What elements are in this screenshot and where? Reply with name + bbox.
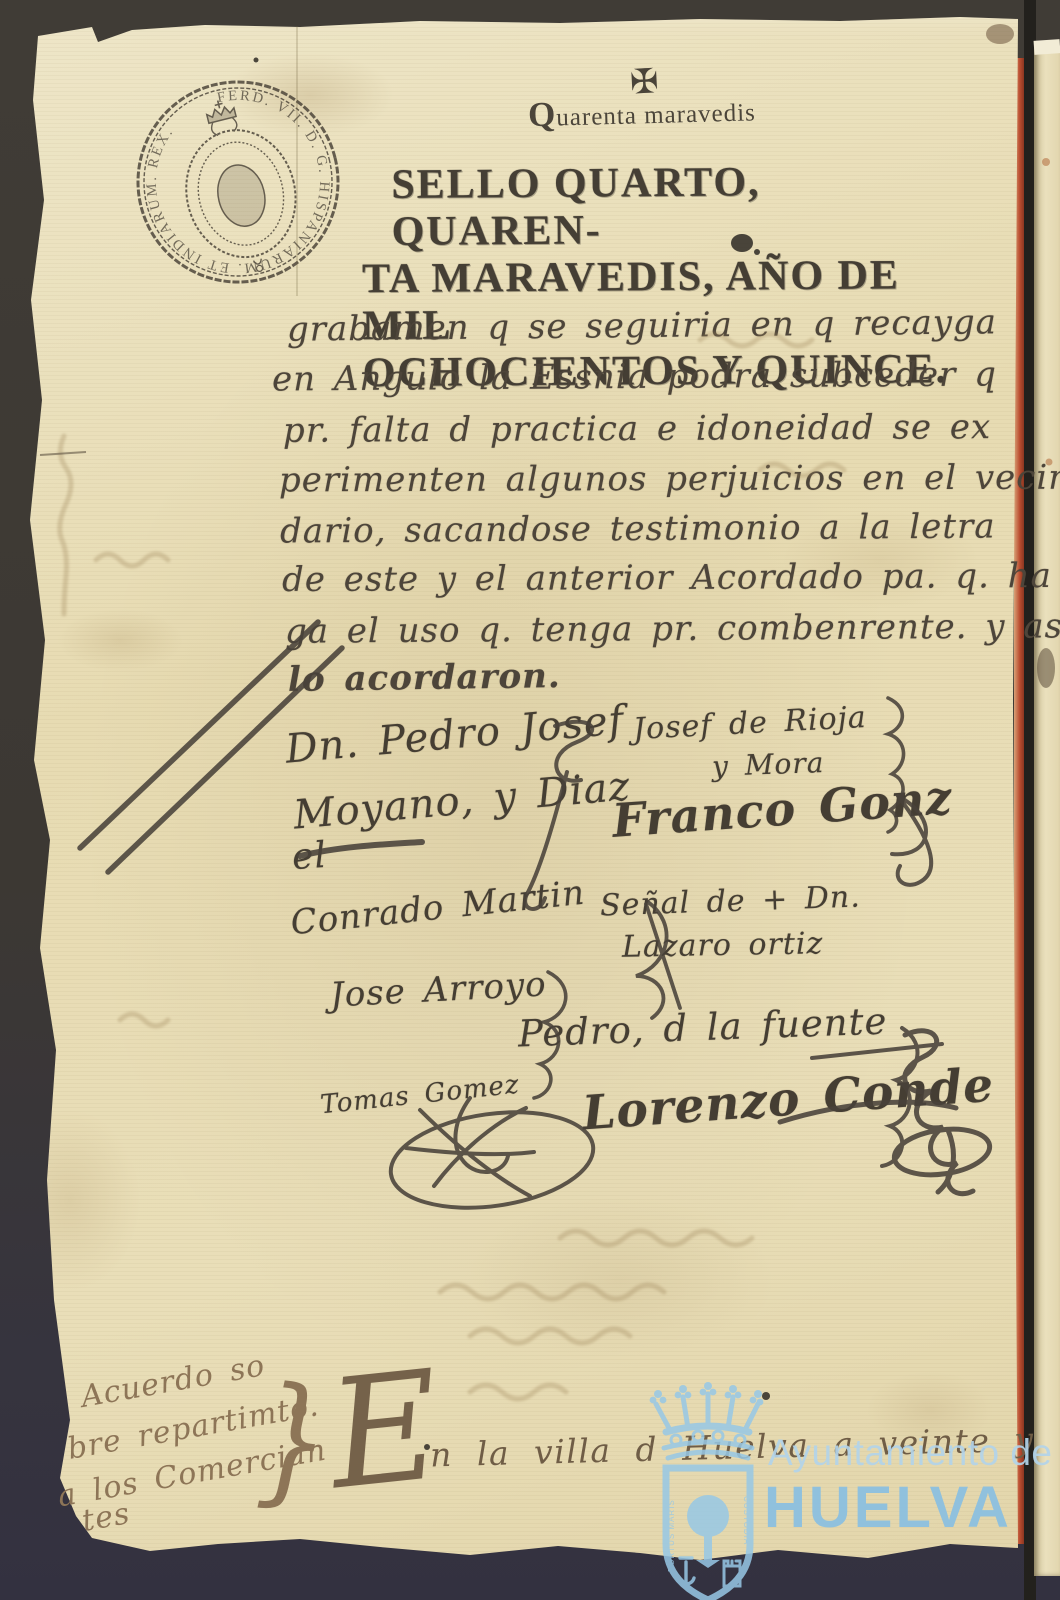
manuscript-scan-page: FERD. VII. D. G. HISPANIARUM. ET INDIARU…: [0, 0, 1060, 1600]
crest-motto-right: CUSTODIA: [742, 1496, 751, 1545]
margin-note-brace: }: [253, 1356, 334, 1524]
closing-initial: E: [321, 1339, 449, 1524]
watermark-org-name: HUELVA: [764, 1474, 1012, 1541]
huelva-crest-logo: PORTUS MARIS CUSTODIA: [648, 1384, 768, 1600]
watermark-org-line: Ayuntamiento de: [768, 1432, 1053, 1474]
ink-flourishes: [0, 0, 1060, 1600]
crest-motto-left: PORTUS MARIS: [667, 1499, 676, 1572]
